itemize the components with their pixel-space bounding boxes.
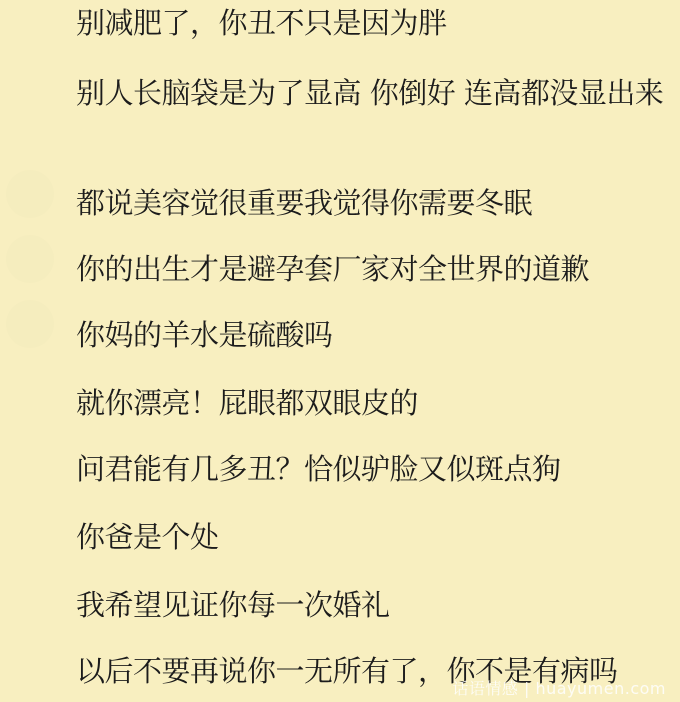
text-line: 你的出生才是避孕套厂家对全世界的道歉 [76,252,589,286]
watermark: 话语情感 | huayumen.com [452,676,666,699]
avatar-placeholder [6,300,54,348]
avatar-placeholder [6,170,54,218]
text-line: 别减肥了，你丑不只是因为胖 [76,6,447,40]
text-line: 问君能有几多丑？恰似驴脸又似斑点狗 [76,452,561,486]
avatar-placeholder [6,235,54,283]
text-post: 别减肥了，你丑不只是因为胖 别人长脑袋是为了显高 你倒好 连高都没显出来 都说美… [0,0,680,702]
text-line: 我希望见证你每一次婚礼 [76,588,390,622]
text-line: 就你漂亮！屁眼都双眼皮的 [76,386,418,420]
text-line: 别人长脑袋是为了显高 你倒好 连高都没显出来 [8,76,668,110]
text-line: 你妈的羊水是硫酸吗 [76,318,333,352]
text-line: 你爸是个处 [76,520,219,554]
text-line: 都说美容觉很重要我觉得你需要冬眠 [76,186,532,220]
